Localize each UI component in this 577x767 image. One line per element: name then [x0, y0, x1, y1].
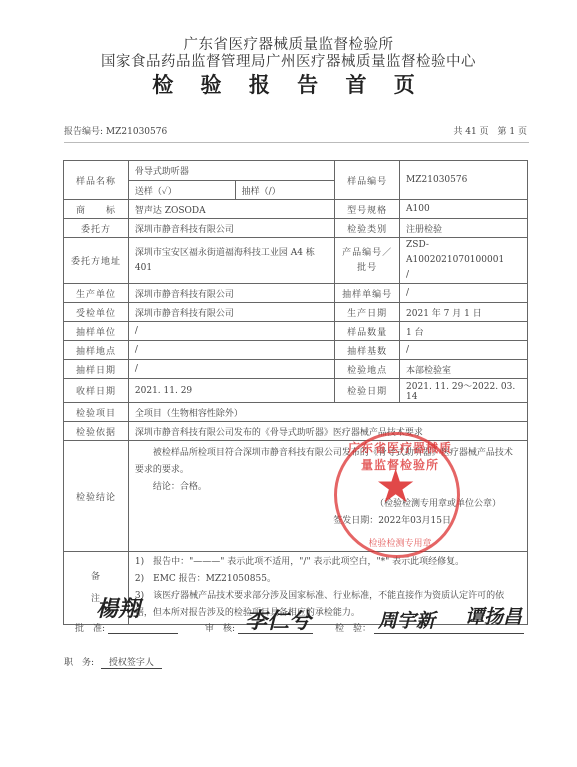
report-number-label: 报告编号:: [64, 127, 103, 137]
sampling-base: /: [400, 341, 528, 360]
page-title: 检 验 报 告 首 页: [0, 69, 577, 99]
table-row: 商 标 智声达 ZOSODA 型号规格 A100: [64, 200, 528, 219]
batch-no-value: /: [406, 268, 521, 283]
remarks-label-1: 备: [70, 566, 122, 588]
report-number-value: MZ21030576: [106, 127, 167, 137]
test-items-label: 检验项目: [64, 403, 129, 422]
approver-signature: 楊翔: [96, 592, 140, 623]
conclusion-text: 被检样品所检项目符合深圳市静音科技有限公司发布的《骨导式助听器》医疗器械产品技术…: [135, 445, 521, 479]
test-date: 2021. 11. 29～2022. 03. 14: [400, 379, 528, 403]
sampling-unit: /: [128, 322, 334, 341]
inspect-label: 检 验：: [335, 624, 371, 634]
report-number: 报告编号: MZ21030576: [64, 124, 167, 137]
product-no-label: 产品编号／批号: [335, 238, 400, 284]
receive-date-label: 收样日期: [64, 379, 129, 403]
review-line: [238, 621, 313, 634]
inspect-line: [374, 621, 524, 634]
header-line-2: 国家食品药品监督管理局广州医疗器械质量监督检验中心: [0, 50, 577, 71]
inspected-unit: 深圳市静音科技有限公司: [128, 303, 334, 322]
sampling-no: /: [400, 284, 528, 303]
sample-name-label: 样品名称: [64, 161, 129, 200]
manufacturer-label: 生产单位: [64, 284, 129, 303]
page-count: 共 41 页 第 1 页: [453, 124, 527, 137]
sample-no-label: 样品编号: [335, 161, 400, 200]
manufacturer: 深圳市静音科技有限公司: [128, 284, 334, 303]
sample-no: MZ21030576: [400, 161, 528, 200]
duty-field: 职 务: 授权签字人: [64, 655, 162, 668]
sampling-date: /: [128, 360, 334, 379]
sampling-unit-label: 抽样单位: [64, 322, 129, 341]
sampling-base-label: 抽样基数: [335, 341, 400, 360]
table-row: 抽样单位 / 样品数量 1 台: [64, 322, 528, 341]
remark-item: 1) 报告中："———" 表示此项不适用，"/" 表示此项空白，"*" 表示此项…: [135, 554, 521, 571]
sampling-no-label: 抽样单编号: [335, 284, 400, 303]
client-address-label: 委托方地址: [64, 238, 129, 284]
sample-name: 骨导式助听器: [128, 161, 334, 181]
table-row: 生产单位 深圳市静音科技有限公司 抽样单编号 /: [64, 284, 528, 303]
trademark: 智声达 ZOSODA: [128, 200, 334, 219]
client-label: 委托方: [64, 219, 129, 238]
test-type: 注册检验: [400, 219, 528, 238]
test-basis: 深圳市静音科技有限公司发布的《骨导式助听器》医疗器械产品技术要求: [128, 422, 527, 441]
table-row: 委托方 深圳市静音科技有限公司 检验类别 注册检验: [64, 219, 528, 238]
test-date-label: 检验日期: [335, 379, 400, 403]
approve-line: [108, 621, 178, 634]
product-no: ZSD-A1002021070100001 /: [400, 238, 528, 284]
model-label: 型号规格: [335, 200, 400, 219]
duty-value: 授权签字人: [101, 658, 162, 669]
table-row: 抽样日期 / 检验地点 本部检验室: [64, 360, 528, 379]
table-row: 检验依据 深圳市静音科技有限公司发布的《骨导式助听器》医疗器械产品技术要求: [64, 422, 528, 441]
duty-label: 职 务:: [64, 658, 94, 668]
test-place: 本部检验室: [400, 360, 528, 379]
quantity-label: 样品数量: [335, 322, 400, 341]
production-date: 2021 年 7 月 1 日: [400, 303, 528, 322]
issue-date: 签发日期：2022年03月15日: [135, 513, 521, 530]
remark-item: 2) EMC 报告：MZ21050855。: [135, 571, 521, 588]
table-row: 样品名称 骨导式助听器 样品编号 MZ21030576: [64, 161, 528, 181]
review-field: 审 核:: [205, 621, 313, 634]
test-basis-label: 检验依据: [64, 422, 129, 441]
client: 深圳市静音科技有限公司: [128, 219, 334, 238]
receive-date: 2021. 11. 29: [128, 379, 334, 403]
conclusion-cell: 被检样品所检项目符合深圳市静音科技有限公司发布的《骨导式助听器》医疗器械产品技术…: [128, 441, 527, 552]
model: A100: [400, 200, 528, 219]
table-row: 抽样地点 / 抽样基数 /: [64, 341, 528, 360]
trademark-label: 商 标: [64, 200, 129, 219]
stamp-note: （检验检测专用章或单位公章）: [135, 496, 521, 513]
header-divider: [64, 142, 529, 143]
drawn-sample: 抽样（/）: [235, 181, 335, 200]
report-table: 样品名称 骨导式助听器 样品编号 MZ21030576 送样（✓） 抽样（/） …: [63, 160, 528, 625]
test-place-label: 检验地点: [335, 360, 400, 379]
conclusion-result: 结论：合格。: [135, 479, 521, 496]
production-date-label: 生产日期: [335, 303, 400, 322]
sampling-date-label: 抽样日期: [64, 360, 129, 379]
test-items: 全项目（生物相容性除外）: [128, 403, 527, 422]
test-type-label: 检验类别: [335, 219, 400, 238]
table-row: 收样日期 2021. 11. 29 检验日期 2021. 11. 29～2022…: [64, 379, 528, 403]
inspect-field: 检 验：: [335, 621, 524, 634]
quantity: 1 台: [400, 322, 528, 341]
review-label: 审 核:: [205, 624, 235, 634]
remark-item: 3) 该医疗器械产品技术要求部分涉及国家标准、行业标准，不能直接作为资质认定许可…: [135, 588, 521, 622]
table-row: 委托方地址 深圳市宝安区福永街道福海科技工业园 A4 栋 401 产品编号／批号…: [64, 238, 528, 284]
sent-sample: 送样（✓）: [128, 181, 235, 200]
table-row: 受检单位 深圳市静音科技有限公司 生产日期 2021 年 7 月 1 日: [64, 303, 528, 322]
sampling-place: /: [128, 341, 334, 360]
table-row: 检验结论 被检样品所检项目符合深圳市静音科技有限公司发布的《骨导式助听器》医疗器…: [64, 441, 528, 552]
approve-field: 批 准:: [75, 621, 178, 634]
sampling-place-label: 抽样地点: [64, 341, 129, 360]
conclusion-label: 检验结论: [64, 441, 129, 552]
product-no-value: ZSD-A1002021070100001: [406, 238, 521, 268]
inspected-unit-label: 受检单位: [64, 303, 129, 322]
table-row: 检验项目 全项目（生物相容性除外）: [64, 403, 528, 422]
approve-label: 批 准:: [75, 624, 105, 634]
client-address: 深圳市宝安区福永街道福海科技工业园 A4 栋 401: [128, 238, 334, 284]
